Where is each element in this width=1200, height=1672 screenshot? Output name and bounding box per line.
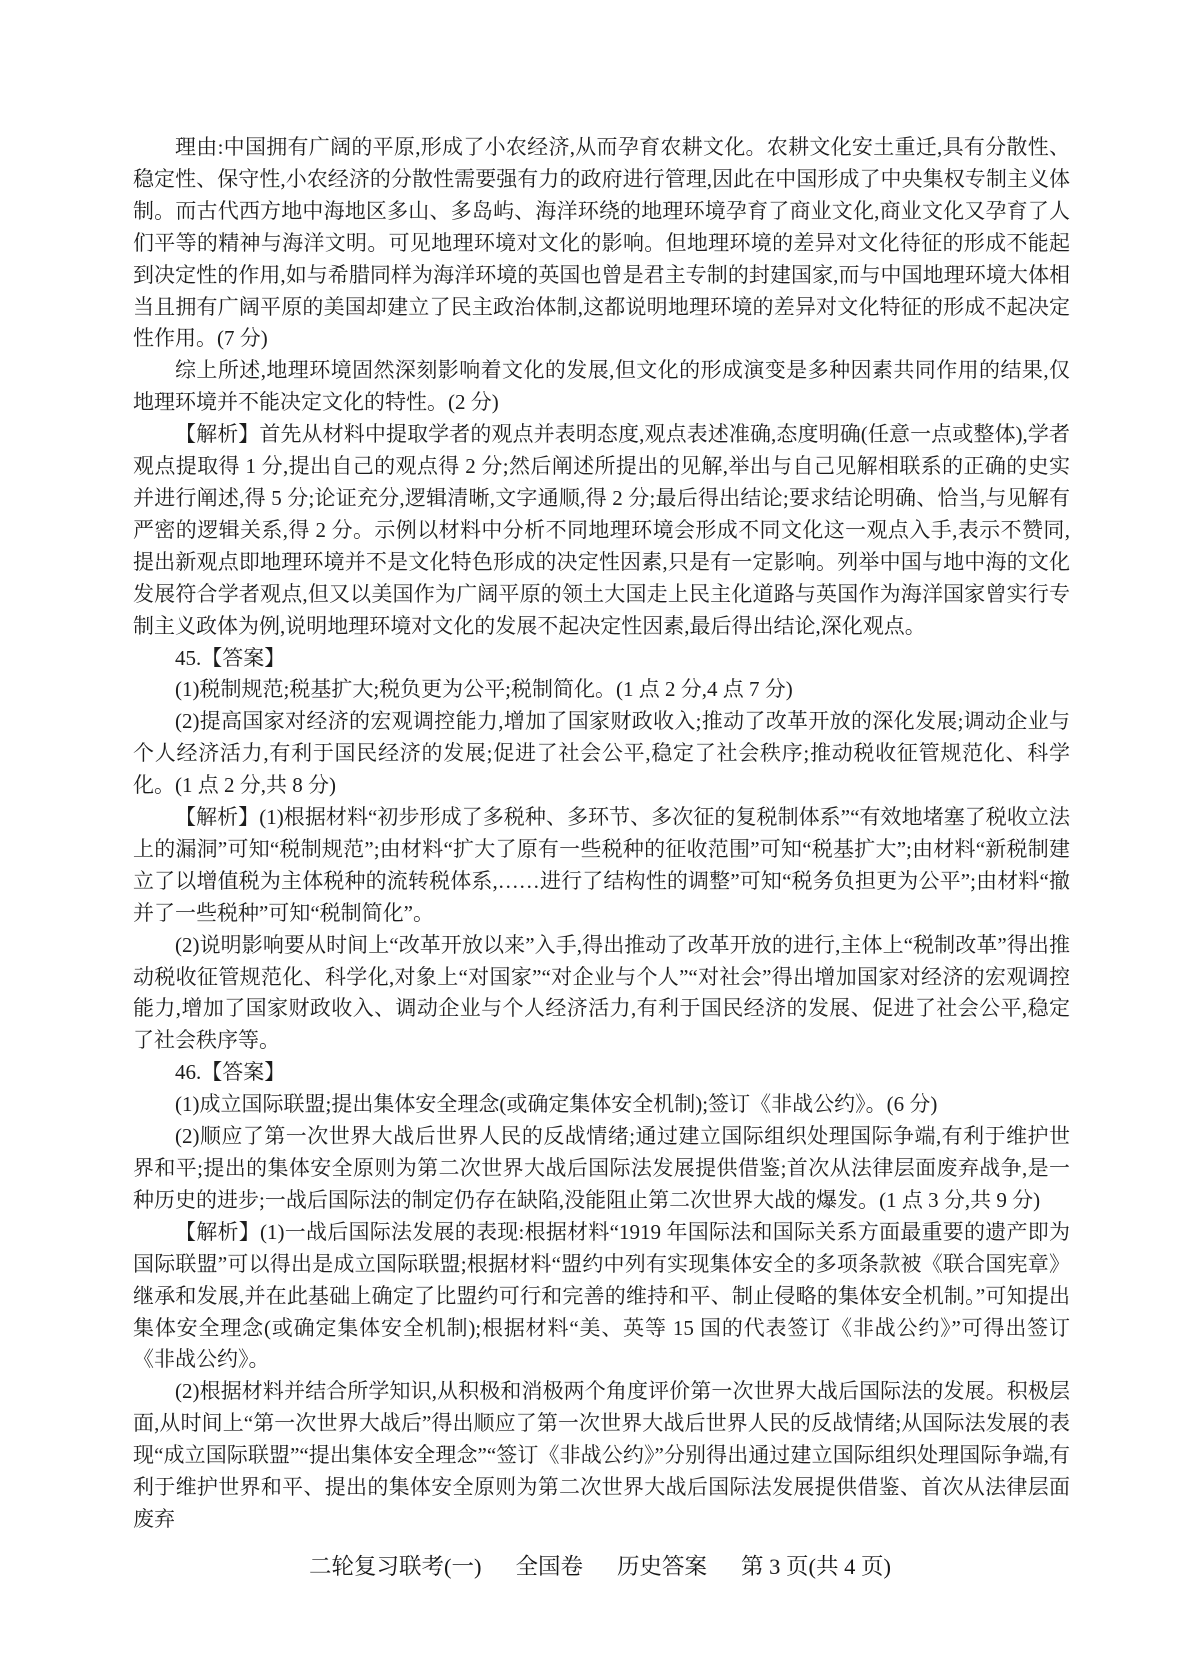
question-45-answer-heading: 45.【答案】 bbox=[133, 643, 1070, 675]
answer-45-part2: (2)提高国家对经济的宏观调控能力,增加了国家财政收入;推动了改革开放的深化发展… bbox=[133, 706, 1070, 802]
footer-exam-title: 二轮复习联考(一) bbox=[309, 1549, 482, 1581]
page-footer: 二轮复习联考(一) 全国卷 历史答案 第 3 页(共 4 页) bbox=[0, 1549, 1200, 1581]
analysis-46-part1: 【解析】(1)一战后国际法发展的表现:根据材料“1919 年国际法和国际关系方面… bbox=[133, 1217, 1070, 1377]
footer-page-number: 第 3 页(共 4 页) bbox=[741, 1549, 891, 1581]
analysis-45-part2: (2)说明影响要从时间上“改革开放以来”入手,得出推动了改革开放的进行,主体上“… bbox=[133, 930, 1070, 1058]
question-46-answer-heading: 46.【答案】 bbox=[133, 1057, 1070, 1089]
analysis-46-part2: (2)根据材料并结合所学知识,从积极和消极两个角度评价第一次世界大战后国际法的发… bbox=[133, 1376, 1070, 1536]
analysis-44-paragraph: 【解析】首先从材料中提取学者的观点并表明态度,观点表述准确,态度明确(任意一点或… bbox=[133, 419, 1070, 642]
summary-paragraph: 综上所述,地理环境固然深刻影响着文化的发展,但文化的形成演变是多种因素共同作用的… bbox=[133, 355, 1070, 419]
answer-46-part2: (2)顺应了第一次世界大战后世界人民的反战情绪;通过建立国际组织处理国际争端,有… bbox=[133, 1121, 1070, 1217]
answer-sheet-page: 理由:中国拥有广阔的平原,形成了小农经济,从而孕育农耕文化。农耕文化安土重迁,具… bbox=[0, 0, 1200, 1672]
answer-content: 理由:中国拥有广阔的平原,形成了小农经济,从而孕育农耕文化。农耕文化安土重迁,具… bbox=[133, 132, 1070, 1536]
footer-paper-type: 全国卷 bbox=[515, 1549, 583, 1581]
answer-45-part1: (1)税制规范;税基扩大;税负更为公平;税制简化。(1 点 2 分,4 点 7 … bbox=[133, 674, 1070, 706]
analysis-45-part1: 【解析】(1)根据材料“初步形成了多税种、多环节、多次征的复税制体系”“有效地堵… bbox=[133, 802, 1070, 930]
answer-46-part1: (1)成立国际联盟;提出集体安全理念(或确定集体安全机制);签订《非战公约》。(… bbox=[133, 1089, 1070, 1121]
footer-subject: 历史答案 bbox=[617, 1549, 707, 1581]
reason-paragraph: 理由:中国拥有广阔的平原,形成了小农经济,从而孕育农耕文化。农耕文化安土重迁,具… bbox=[133, 132, 1070, 355]
